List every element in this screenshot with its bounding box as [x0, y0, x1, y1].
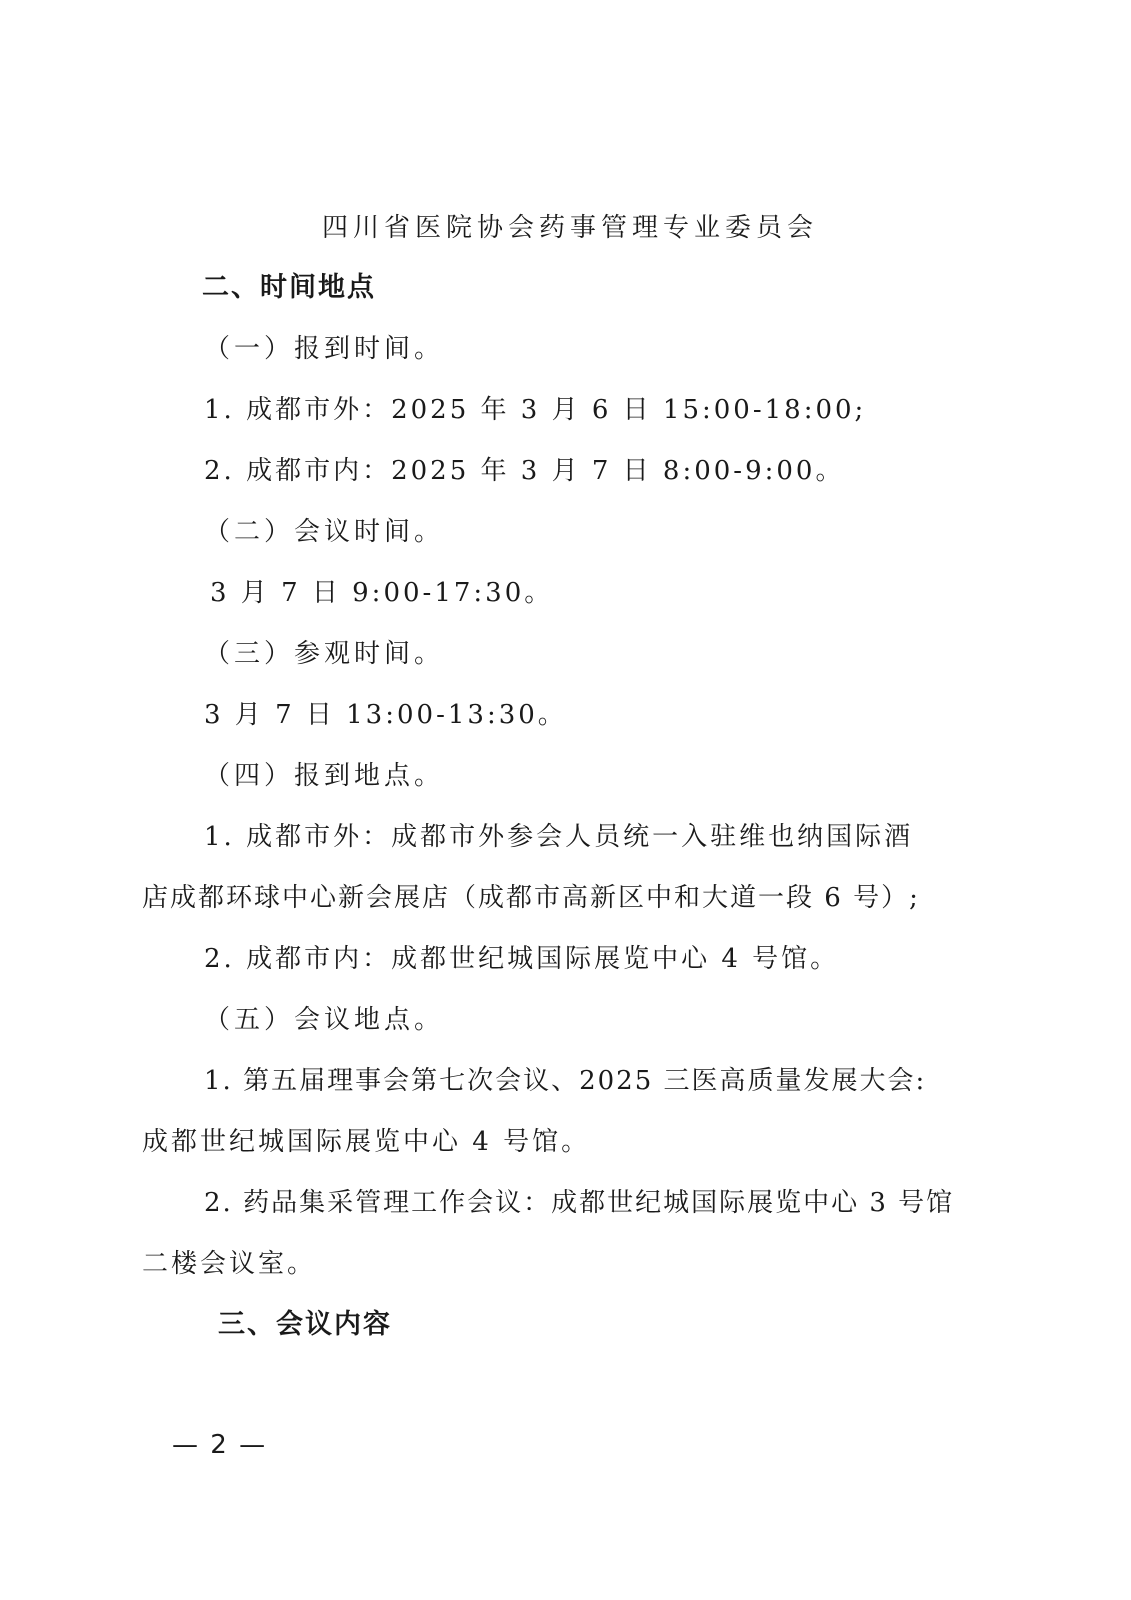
section-heading-time-place: 二、时间地点	[202, 271, 376, 305]
meeting-place-item2-line2: 二楼会议室。	[142, 1247, 316, 1281]
meeting-place-item1-line1: 1. 第五届理事会第七次会议、2025 三医高质量发展大会:	[204, 1064, 926, 1098]
registration-place-inside: 2. 成都市内：成都世纪城国际展览中心 4 号馆。	[204, 942, 839, 976]
meeting-time: 3 月 7 日 9:00-17:30。	[210, 576, 553, 610]
visit-time: 3 月 7 日 13:00-13:30。	[204, 698, 567, 732]
meeting-place-item1-line2: 成都世纪城国际展览中心 4 号馆。	[142, 1125, 590, 1159]
subsection-title-meeting-place: （五）会议地点。	[204, 1003, 444, 1037]
registration-place-outside-line1: 1. 成都市外：成都市外参会人员统一入驻维也纳国际酒	[204, 820, 913, 854]
meeting-place-item2-line1: 2. 药品集采管理工作会议：成都世纪城国际展览中心 3 号馆	[204, 1186, 954, 1220]
subsection-title-visit-time: （三）参观时间。	[204, 637, 444, 671]
organization-name: 四川省医院协会药事管理专业委员会	[322, 211, 818, 245]
subsection-title-registration-time: （一）报到时间。	[204, 332, 444, 366]
subsection-title-meeting-time: （二）会议时间。	[204, 515, 444, 549]
subsection-title-registration-place: （四）报到地点。	[204, 759, 444, 793]
section-heading-meeting-content: 三、会议内容	[218, 1308, 392, 1342]
registration-time-inside: 2. 成都市内：2025 年 3 月 7 日 8:00-9:00。	[204, 454, 844, 488]
page-number: — 2 —	[172, 1428, 267, 1462]
registration-time-outside: 1. 成都市外：2025 年 3 月 6 日 15:00-18:00;	[204, 393, 866, 427]
registration-place-outside-line2: 店成都环球中心新会展店（成都市高新区中和大道一段 6 号）;	[142, 881, 920, 915]
